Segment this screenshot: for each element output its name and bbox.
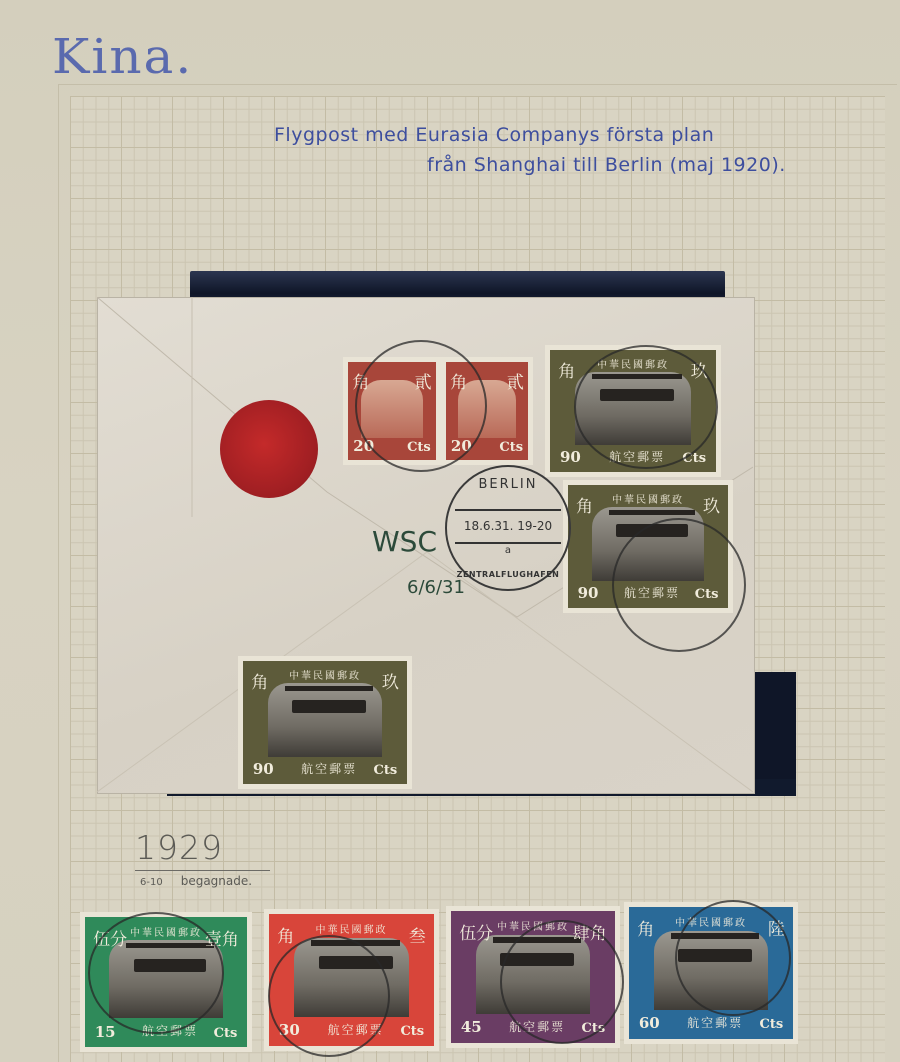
airplane-icon bbox=[292, 700, 366, 712]
stamp-left-character: 伍分 bbox=[459, 919, 493, 944]
stamp-right-character: 玖 bbox=[382, 668, 399, 693]
postmark-circle bbox=[675, 900, 791, 1016]
section-subtitle: 6-10begagnade. bbox=[140, 874, 252, 888]
stamp-value: 90 bbox=[560, 448, 581, 466]
stamp-currency: Cts bbox=[760, 1017, 784, 1032]
postmark-circle bbox=[574, 345, 718, 469]
stamp-value: 90 bbox=[253, 760, 274, 778]
stamp-top-text: 中華民國郵政 bbox=[608, 491, 688, 506]
stamp-currency: Cts bbox=[499, 440, 523, 455]
section-condition: begagnade. bbox=[181, 874, 252, 888]
postmark-bar bbox=[455, 542, 561, 544]
section-year: 1929 bbox=[135, 828, 223, 867]
stamp-left-character: 角 bbox=[558, 357, 575, 382]
stamp-vignette-great-wall bbox=[268, 683, 383, 757]
stamp-value: 15 bbox=[95, 1023, 116, 1041]
mount-strip-right bbox=[754, 672, 796, 796]
stamp-currency: Cts bbox=[214, 1026, 238, 1041]
stamp-bottom-text: 航空郵票 bbox=[292, 760, 366, 777]
stamp-value: 60 bbox=[639, 1014, 660, 1032]
wax-seal bbox=[220, 400, 318, 498]
album-page: Kina. Flygpost med Eurasia Companys förs… bbox=[0, 0, 900, 1062]
postmark-circle bbox=[612, 518, 746, 652]
stamp-value: 90 bbox=[578, 584, 599, 602]
postmark-circle bbox=[500, 920, 624, 1044]
stamp-currency: Cts bbox=[400, 1024, 424, 1039]
stamp-left-character: 角 bbox=[576, 492, 593, 517]
description-line-1: Flygpost med Eurasia Companys första pla… bbox=[274, 124, 714, 146]
postmark-city: BERLIN bbox=[447, 477, 569, 492]
postmark-circle bbox=[355, 340, 487, 472]
stamp-value: 45 bbox=[461, 1018, 482, 1036]
section-range: 6-10 bbox=[140, 877, 163, 888]
postmark-letter: a bbox=[447, 545, 569, 556]
stamp-top-text: 中華民國郵政 bbox=[284, 667, 366, 682]
postmark-bar bbox=[455, 509, 561, 511]
stamp-currency: Cts bbox=[374, 763, 398, 778]
page-title: Kina. bbox=[52, 29, 193, 84]
stamp-right-character: 玖 bbox=[703, 492, 720, 517]
stamp-right-character: 叁 bbox=[409, 922, 426, 947]
description-line-2: från Shanghai till Berlin (maj 1920). bbox=[427, 154, 786, 176]
section-rule bbox=[135, 870, 270, 871]
berlin-postmark: BERLIN 18.6.31. 19-20 a ZENTRALFLUGHAFEN bbox=[445, 465, 571, 591]
stamp-left-character: 角 bbox=[277, 922, 294, 947]
postmark-circle bbox=[268, 935, 390, 1057]
postmark-airport: ZENTRALFLUGHAFEN bbox=[447, 570, 569, 579]
stamp-90c-bottom: 角玖中華民國郵政航空郵票90Cts bbox=[238, 656, 412, 789]
postmark-date: 18.6.31. 19-20 bbox=[447, 519, 569, 533]
handwritten-initials: WSC bbox=[372, 525, 437, 558]
stamp-frame: 角玖中華民國郵政航空郵票90Cts bbox=[243, 661, 407, 784]
stamp-left-character: 角 bbox=[637, 915, 654, 940]
handwritten-date: 6/6/31 bbox=[407, 577, 465, 598]
stamp-right-character: 貳 bbox=[507, 368, 524, 393]
stamp-left-character: 角 bbox=[251, 668, 268, 693]
stamp-top-text: 中華民國郵政 bbox=[310, 921, 393, 936]
postmark-circle bbox=[88, 912, 224, 1034]
stamp-bottom-text: 航空郵票 bbox=[678, 1014, 752, 1031]
